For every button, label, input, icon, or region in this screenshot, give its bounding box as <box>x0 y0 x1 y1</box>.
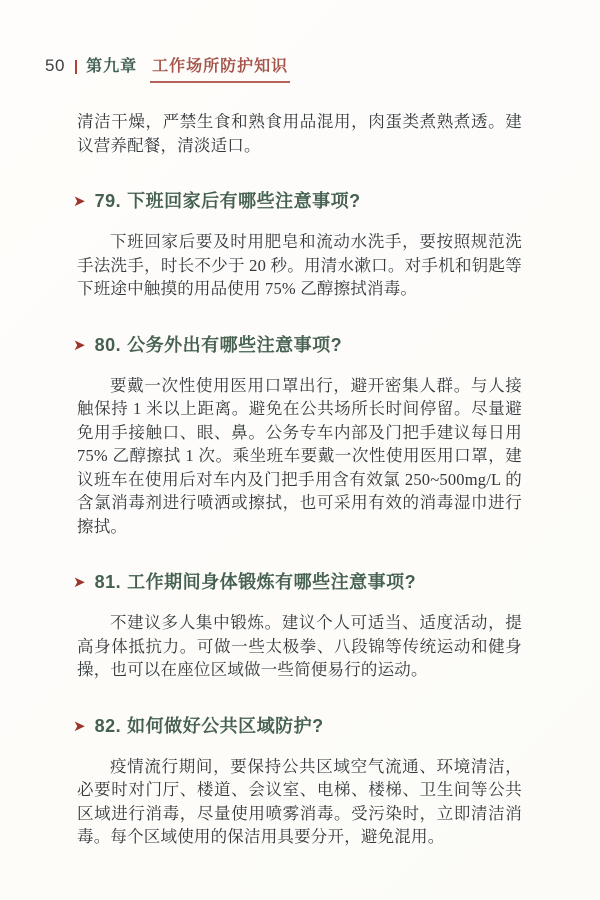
answer-paragraph-81: 不建议多人集中锻炼。建议个人可适当、适度活动，提高身体抵抗力。可做一些太极拳、八… <box>77 611 522 682</box>
question-text: 如何做好公共区域防护? <box>127 716 324 736</box>
running-header: 50 | 第九章 工作场所防护知识 <box>0 0 600 83</box>
question-text: 下班回家后有哪些注意事项? <box>127 191 361 211</box>
arrow-marker-icon: ➤ <box>73 333 86 358</box>
question-number: 82. <box>95 716 122 736</box>
answer-paragraph-80: 要戴一次性使用医用口罩出行，避开密集人群。与人接触保持 1 米以上距离。避免在公… <box>77 374 522 539</box>
arrow-marker-icon: ➤ <box>73 570 86 595</box>
arrow-marker-icon: ➤ <box>73 714 86 739</box>
intro-paragraph: 清洁干燥，严禁生食和熟食用品混用，肉蛋类煮熟煮透。建议营养配餐，清淡适口。 <box>77 110 522 157</box>
answer-paragraph-79: 下班回家后要及时用肥皂和流动水洗手，要按照规范洗手法洗手，时长不少于 20 秒。… <box>77 230 522 301</box>
question-number: 80. <box>95 335 122 355</box>
question-number: 81. <box>95 572 122 592</box>
page-content: 清洁干燥，严禁生食和熟食用品混用，肉蛋类煮熟煮透。建议营养配餐，清淡适口。 ➤7… <box>0 110 600 849</box>
question-heading-80: ➤80.公务外出有哪些注意事项? <box>73 333 522 359</box>
arrow-marker-icon: ➤ <box>73 189 86 214</box>
header-divider-bar: | <box>74 56 78 78</box>
question-number: 79. <box>95 191 122 211</box>
question-heading-81: ➤81.工作期间身体锻炼有哪些注意事项? <box>73 570 522 596</box>
question-heading-82: ➤82.如何做好公共区域防护? <box>73 714 522 740</box>
chapter-title: 工作场所防护知识 <box>150 56 290 83</box>
page-number: 50 <box>45 55 65 77</box>
chapter-label: 第九章 <box>86 56 137 78</box>
answer-paragraph-82: 疫情流行期间，要保持公共区域空气流通、环境清洁，必要时对门厅、楼道、会议室、电梯… <box>77 755 522 849</box>
question-text: 工作期间身体锻炼有哪些注意事项? <box>127 572 416 592</box>
question-heading-79: ➤79.下班回家后有哪些注意事项? <box>73 189 522 215</box>
question-text: 公务外出有哪些注意事项? <box>127 335 342 355</box>
book-page: 50 | 第九章 工作场所防护知识 清洁干燥，严禁生食和熟食用品混用，肉蛋类煮熟… <box>0 0 600 900</box>
